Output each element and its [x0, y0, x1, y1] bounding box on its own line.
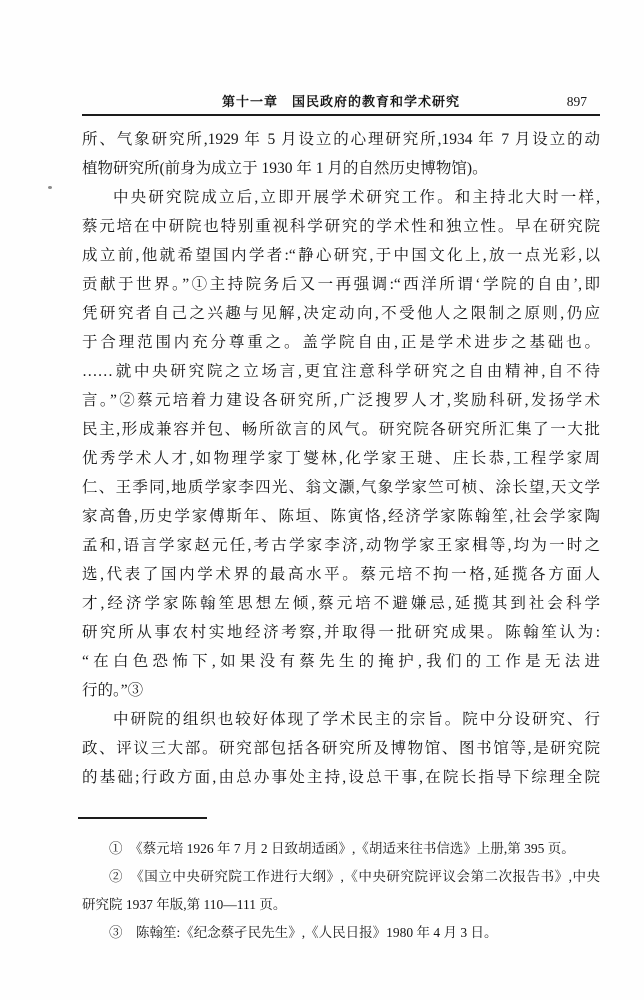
body-line: 植物研究所(前身为成立于 1930 年 1 月的自然历史博物馆)。	[82, 154, 600, 183]
chapter-title: 第十一章 国民政府的教育和学术研究	[82, 94, 600, 110]
body-line: 凭研究者自己之兴趣与见解,决定动向,不受他人之限制之原则,仍应	[82, 299, 600, 328]
body-line: 才,经济学家陈翰笙思想左倾,蔡元培不避嫌忌,延揽其到社会科学	[82, 589, 600, 618]
body-line: 仁、王季同,地质学家李四光、翁文灏,气象学家竺可桢、涂长望,天文学	[82, 473, 600, 502]
body-line: ……就中央研究院之立场言,更宜注意科学研究之自由精神,自不待	[82, 357, 600, 386]
body-line: 孟和,语言学家赵元任,考古学家李济,动物学家王家楫等,均为一时之	[82, 531, 600, 560]
body-line: “在白色恐怖下,如果没有蔡先生的掩护,我们的工作是无法进	[82, 647, 600, 676]
scan-speck	[48, 186, 52, 189]
body-line: 研究所从事农村实地经济考察,并取得一批研究成果。陈翰笙认为:	[82, 618, 600, 647]
footnote-line: ① 《蔡元培 1926 年 7 月 2 日致胡适函》,《胡适来往书信选》上册,第…	[82, 835, 600, 863]
body-line: 政、评议三大部。研究部包括各研究所及博物馆、图书馆等,是研究院	[82, 734, 600, 763]
footnote-divider	[78, 817, 207, 819]
body-line: 贡献于世界。”①主持院务后又一再强调:“西洋所谓‘学院的自由’,即	[82, 270, 600, 299]
body-line: 家高鲁,历史学家傅斯年、陈垣、陈寅恪,经济学家陈翰笙,社会学家陶	[82, 502, 600, 531]
body-line: 民主,形成兼容并包、畅所欲言的风气。研究院各研究所汇集了一大批	[82, 415, 600, 444]
body-line: 选,代表了国内学术界的最高水平。蔡元培不拘一格,延揽各方面人	[82, 560, 600, 589]
body-line: 优秀学术人才,如物理学家丁燮林,化学家王琎、庄长恭,工程学家周	[82, 444, 600, 473]
body-line: 行的。”③	[82, 676, 600, 705]
body-line: 的基础;行政方面,由总办事处主持,设总干事,在院长指导下综理全院	[82, 763, 600, 792]
footnote-line: ③ 陈翰笙:《纪念蔡孑民先生》,《人民日报》1980 年 4 月 3 日。	[82, 919, 600, 947]
header-rule	[82, 114, 600, 116]
body-line: 成立前,他就希望国内学者:“静心研究,于中国文化上,放一点光彩,以	[82, 241, 600, 270]
body-line: 所、气象研究所,1929 年 5 月设立的心理研究所,1934 年 7 月设立的…	[82, 125, 600, 154]
body-line: 蔡元培在中研院也特别重视科学研究的学术性和独立性。早在研究院	[82, 212, 600, 241]
body-line: 言。”②蔡元培着力建设各研究所,广泛搜罗人才,奖励科研,发扬学术	[82, 386, 600, 415]
page-header: 第十一章 国民政府的教育和学术研究 897	[82, 94, 600, 112]
footnote-line: ② 《国立中央研究院工作进行大纲》,《中央研究院评议会第二次报告书》,中央	[82, 863, 600, 891]
body-text: 所、气象研究所,1929 年 5 月设立的心理研究所,1934 年 7 月设立的…	[82, 125, 600, 792]
footnotes: ① 《蔡元培 1926 年 7 月 2 日致胡适函》,《胡适来往书信选》上册,第…	[82, 835, 600, 947]
body-line: 于合理范围内充分尊重之。盖学院自由,正是学术进步之基础也。	[82, 328, 600, 357]
body-line: 中研院的组织也较好体现了学术民主的宗旨。院中分设研究、行	[82, 705, 600, 734]
page-number: 897	[567, 94, 587, 110]
body-line: 中央研究院成立后,立即开展学术研究工作。和主持北大时一样,	[82, 183, 600, 212]
book-page: 第十一章 国民政府的教育和学术研究 897 所、气象研究所,1929 年 5 月…	[0, 0, 644, 1000]
footnote-line: 研究院 1937 年版,第 110—111 页。	[82, 891, 600, 919]
